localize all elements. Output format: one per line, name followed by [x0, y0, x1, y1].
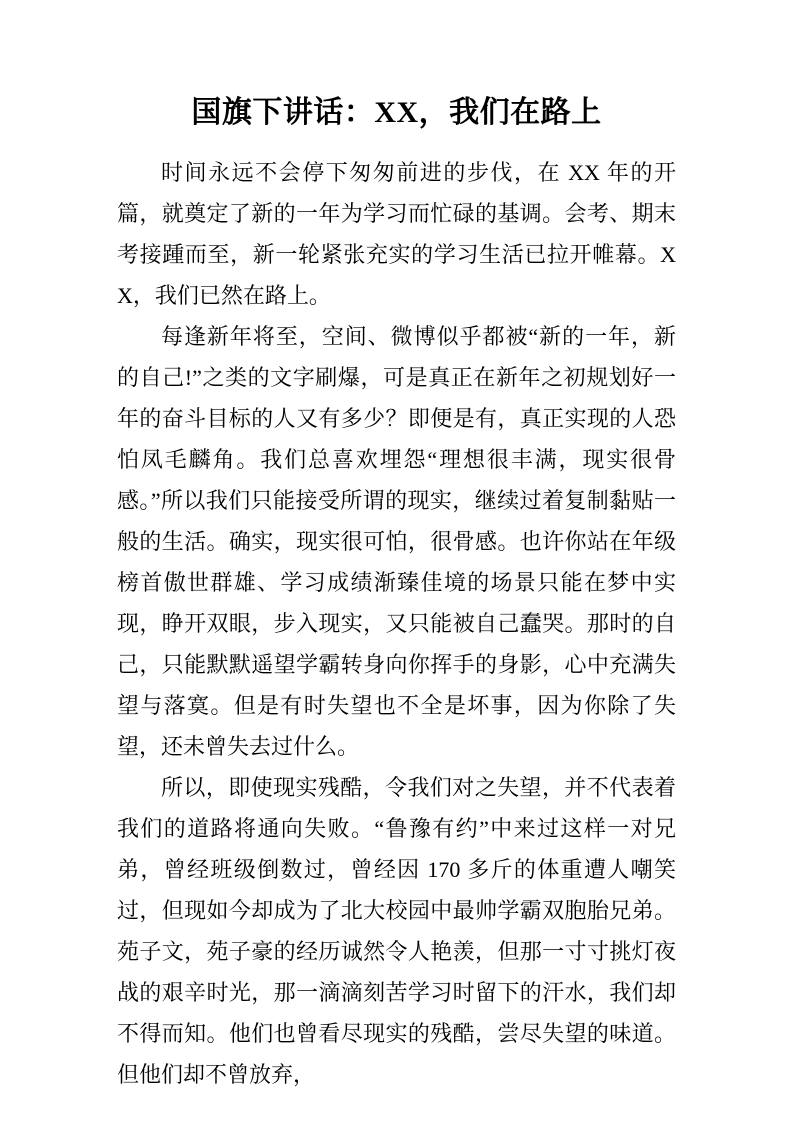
paragraph-1: 时间永远不会停下匆匆前进的步伐，在 XX 年的开篇，就奠定了新的一年为学习而忙碌… [117, 152, 676, 316]
paragraph-3: 所以，即使现实残酷，令我们对之失望，并不代表着我们的道路将通向失败。“鲁豫有约”… [117, 767, 676, 1095]
document-title: 国旗下讲话：XX，我们在路上 [117, 90, 676, 136]
document-body: 时间永远不会停下匆匆前进的步伐，在 XX 年的开篇，就奠定了新的一年为学习而忙碌… [117, 152, 676, 1095]
paragraph-2: 每逢新年将至，空间、微博似乎都被“新的一年，新的自己!”之类的文字刷爆，可是真正… [117, 316, 676, 767]
document-page: 国旗下讲话：XX，我们在路上 时间永远不会停下匆匆前进的步伐，在 XX 年的开篇… [0, 0, 793, 1122]
